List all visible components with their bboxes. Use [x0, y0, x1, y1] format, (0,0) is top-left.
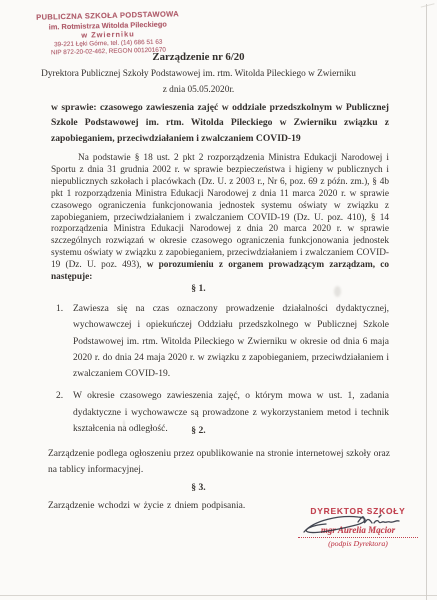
scan-edge-right	[426, 4, 427, 600]
list-item-1-text: Zawiesza się na czas oznaczony prowadzen…	[73, 304, 389, 379]
handwritten-signature	[300, 512, 408, 542]
list-item-1: 1. Zawiesza się na czas oznaczony prowad…	[56, 301, 389, 382]
document-subtitle: Dyrektora Publicznej Szkoły Podstawowej …	[0, 69, 397, 79]
signature-block: DYREKTOR SZKOŁY mgr Aurelia Mącior (podp…	[292, 506, 424, 548]
legal-basis-paragraph: Na podstawie § 18 ust. 2 pkt 2 rozporząd…	[51, 153, 389, 284]
legal-basis-text: Na podstawie § 18 ust. 2 pkt 2 rozporząd…	[51, 153, 389, 270]
section-2-paragraph: Zarządzenie podlega ogłoszeniu przez opu…	[48, 446, 390, 478]
list-item-2-number: 2.	[56, 388, 63, 404]
scanned-document-page: PUBLICZNA SZKOŁA PODSTAWOWA im. Rotmistr…	[0, 0, 437, 600]
document-title: Zarządzenie nr 6/20	[0, 51, 397, 63]
section-1-list: 1. Zawiesza się na czas oznaczony prowad…	[56, 301, 389, 443]
scan-artifact	[334, 286, 341, 297]
section-2-heading: § 2.	[0, 425, 397, 436]
scan-edge-corner	[419, 0, 434, 8]
document-date: z dnia 05.05.2020r.	[0, 85, 397, 95]
scan-edge-bottom	[0, 595, 437, 596]
list-item-1-number: 1.	[56, 301, 63, 317]
scan-artifact	[123, 420, 125, 429]
section-3-heading: § 3.	[0, 482, 397, 493]
subject-paragraph: w sprawie: czasowego zawieszenia zajęć w…	[51, 100, 389, 146]
